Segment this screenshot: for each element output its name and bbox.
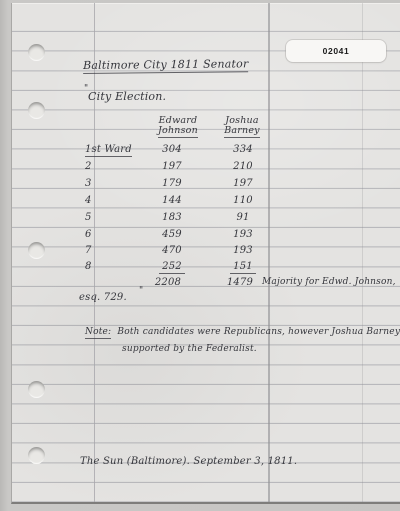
punch-hole xyxy=(28,242,45,259)
note-line1: Note: Both candidates were Republicans, … xyxy=(85,327,400,337)
barney-votes: 193 xyxy=(219,229,267,240)
ward-label: 1st Ward xyxy=(85,144,132,155)
barney-votes: 210 xyxy=(219,161,267,172)
barney-votes: 151 xyxy=(219,261,267,274)
page-title: Baltimore City 1811 Senator xyxy=(83,57,249,72)
page-subtitle: City Election. xyxy=(88,90,166,103)
punch-hole xyxy=(28,102,45,119)
johnson-votes: 197 xyxy=(148,161,196,172)
punch-hole xyxy=(28,44,45,61)
johnson-votes: 459 xyxy=(148,229,196,240)
johnson-votes: 144 xyxy=(148,195,196,206)
ward-label: 5 xyxy=(85,212,92,223)
column-header-johnson: Edward Johnson xyxy=(152,116,204,135)
ward-label: 8 xyxy=(85,261,92,272)
barney-votes: 334 xyxy=(219,144,267,155)
johnson-total: 2208 xyxy=(144,277,192,288)
johnson-votes: 183 xyxy=(148,212,196,223)
ward-label: 2 xyxy=(85,161,92,172)
johnson-votes: 179 xyxy=(148,178,196,189)
ward-label: 7 xyxy=(85,245,92,256)
archive-number: 02041 xyxy=(323,46,350,56)
johnson-votes: 252 xyxy=(148,261,196,274)
note-line2: supported by the Federalist. xyxy=(122,344,257,354)
margin-line xyxy=(94,3,95,502)
punch-hole xyxy=(28,381,45,398)
johnson-votes: 304 xyxy=(148,144,196,155)
notebook-paper xyxy=(11,3,400,504)
column-header-barney: Joshua Barney xyxy=(216,116,268,135)
johnson-votes: 470 xyxy=(148,245,196,256)
barney-votes: 193 xyxy=(219,245,267,256)
majority-note-line1: Majority for Edwd. Johnson, xyxy=(262,277,396,287)
close-quote-mark: " xyxy=(139,286,143,296)
barney-votes: 197 xyxy=(219,178,267,189)
ward-label: 3 xyxy=(85,178,92,189)
punch-hole xyxy=(28,447,45,464)
majority-note-line2: esq. 729. xyxy=(79,292,127,303)
faint-crease-line xyxy=(362,3,363,502)
ward-label: 4 xyxy=(85,195,92,206)
ward-label: 6 xyxy=(85,229,92,240)
barney-votes: 110 xyxy=(219,195,267,206)
archive-number-sticker: 02041 xyxy=(286,40,386,62)
barney-votes: 91 xyxy=(219,212,267,223)
scanned-document-page: 02041 Baltimore City 1811 Senator " City… xyxy=(0,0,400,511)
fold-crease-line xyxy=(268,3,270,502)
source-citation: The Sun (Baltimore). September 3, 1811. xyxy=(80,456,297,467)
barney-total: 1479 xyxy=(216,277,264,288)
